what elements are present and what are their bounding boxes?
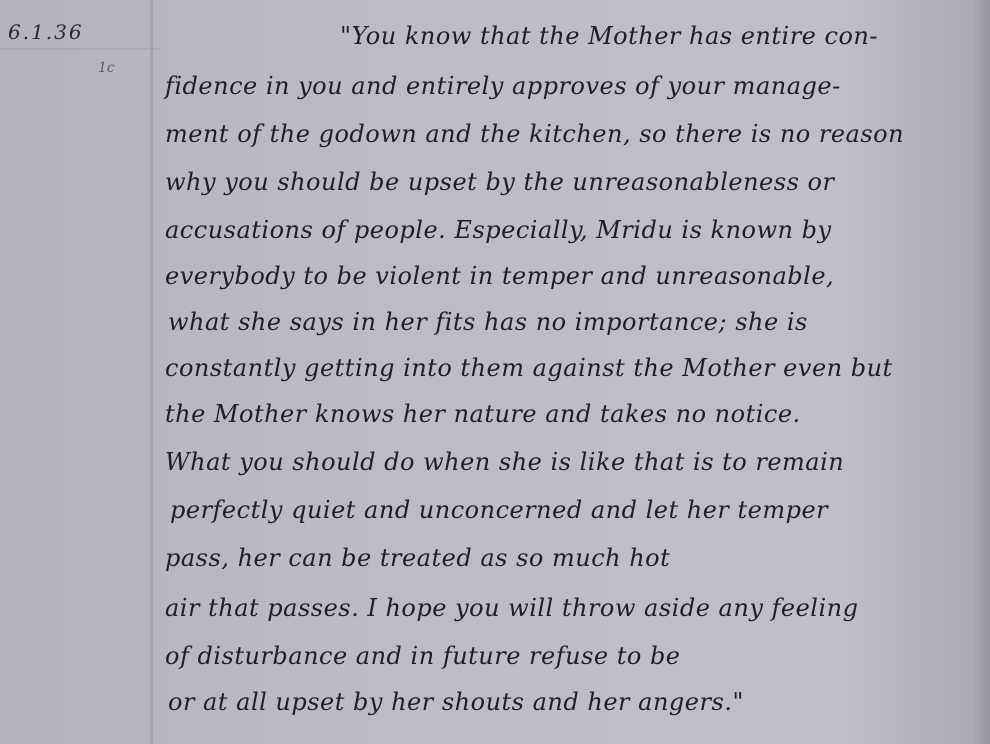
text-line: why you should be upset by the unreasona… — [165, 168, 834, 196]
text-line: the Mother knows her nature and takes no… — [165, 400, 801, 428]
text-line: of disturbance and in future refuse to b… — [165, 642, 681, 670]
text-line: fidence in you and entirely approves of … — [165, 72, 841, 100]
text-line: perfectly quiet and unconcerned and let … — [170, 496, 828, 524]
margin-annotation: 1c — [98, 60, 115, 76]
entry-date: 6.1.36 — [8, 20, 84, 44]
text-line: ment of the godown and the kitchen, so t… — [165, 120, 904, 148]
text-line: accusations of people. Especially, Mridu… — [165, 216, 832, 244]
text-line: constantly getting into them against the… — [165, 354, 893, 382]
text-line: air that passes. I hope you will throw a… — [165, 594, 858, 622]
text-line: everybody to be violent in temper and un… — [165, 262, 834, 290]
text-line: or at all upset by her shouts and her an… — [168, 688, 744, 716]
text-line: "You know that the Mother has entire con… — [340, 22, 878, 50]
text-line: what she says in her fits has no importa… — [168, 308, 808, 336]
page-edge-shadow — [972, 0, 990, 744]
text-line: pass, her can be treated as so much hot — [165, 544, 670, 572]
text-line: What you should do when she is like that… — [165, 448, 844, 476]
header-rule — [0, 48, 160, 50]
letter-page: 6.1.36 1c "You know that the Mother has … — [0, 0, 990, 744]
margin-rule — [150, 0, 153, 744]
